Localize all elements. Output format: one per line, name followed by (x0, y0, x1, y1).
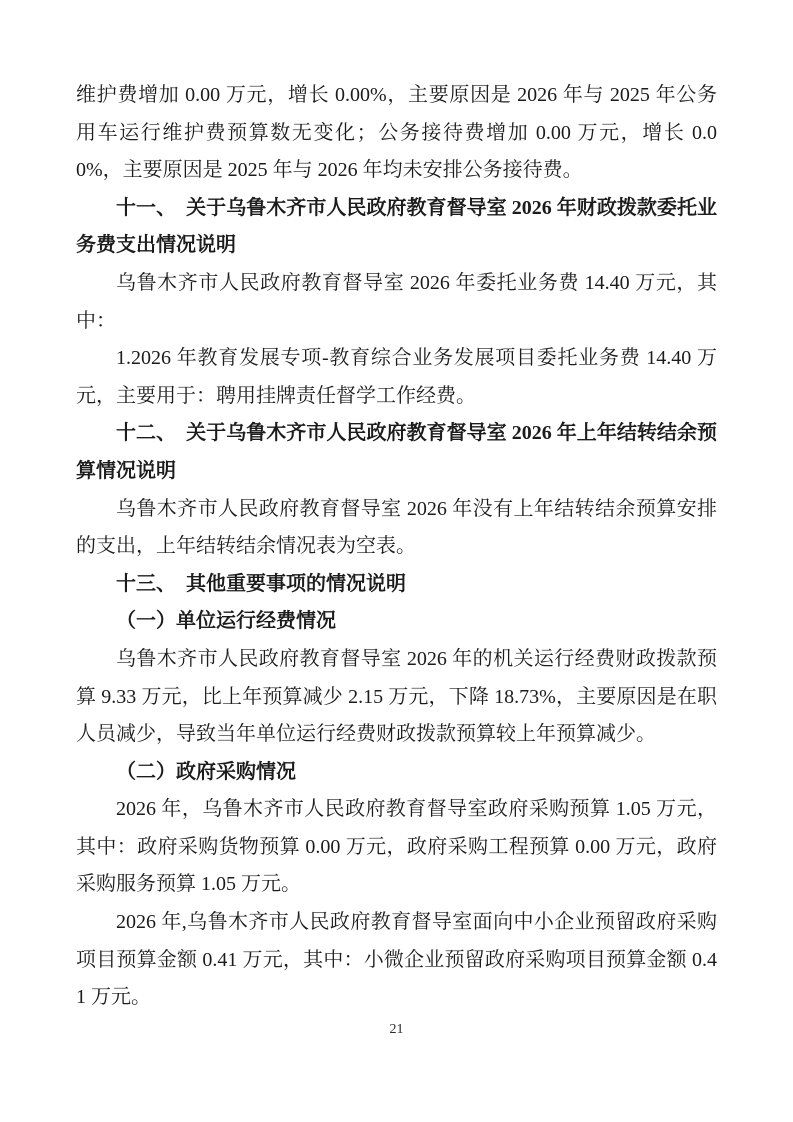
paragraph-entrusted-business-fee-total: 乌鲁木齐市人民政府教育督导室 2026 年委托业务费 14.40 万元，其中： (76, 265, 717, 340)
document-page: 维护费增加 0.00 万元，增长 0.00%，主要原因是 2026 年与 202… (0, 0, 793, 1122)
section-heading-11-entrusted-business-fee: 十一、 关于乌鲁木齐市人民政府教育督导室 2026 年财政拨款委托业务费支出情况… (76, 190, 717, 265)
paragraph-sme-reserved-procurement: 2026 年,乌鲁木齐市人民政府教育督导室面向中小企业预留政府采购项目预算金额 … (76, 904, 717, 1017)
paragraph-carryover-balance-empty: 乌鲁木齐市人民政府教育督导室 2026 年没有上年结转结余预算安排的支出，上年结… (76, 491, 717, 566)
sub-heading-government-procurement: （二）政府采购情况 (76, 754, 717, 792)
paragraph-government-procurement-budget: 2026 年，乌鲁木齐市人民政府教育督导室政府采购预算 1.05 万元，其中：政… (76, 791, 717, 904)
paragraph-unit-operating-expenses-detail: 乌鲁木齐市人民政府教育督导室 2026 年的机关运行经费财政拨款预算 9.33 … (76, 641, 717, 754)
section-heading-12-carryover-balance: 十二、 关于乌鲁木齐市人民政府教育督导室 2026 年上年结转结余预算情况说明 (76, 415, 717, 490)
page-number: 21 (0, 1022, 793, 1038)
sub-heading-unit-operating-expenses: （一）单位运行经费情况 (76, 603, 717, 641)
section-heading-13-other-important-matters: 十三、 其他重要事项的情况说明 (76, 566, 717, 604)
paragraph-education-development-project: 1.2026 年教育发展专项-教育综合业务发展项目委托业务费 14.40 万元，… (76, 340, 717, 415)
paragraph-vehicle-maintenance-continuation: 维护费增加 0.00 万元，增长 0.00%，主要原因是 2026 年与 202… (76, 77, 717, 190)
